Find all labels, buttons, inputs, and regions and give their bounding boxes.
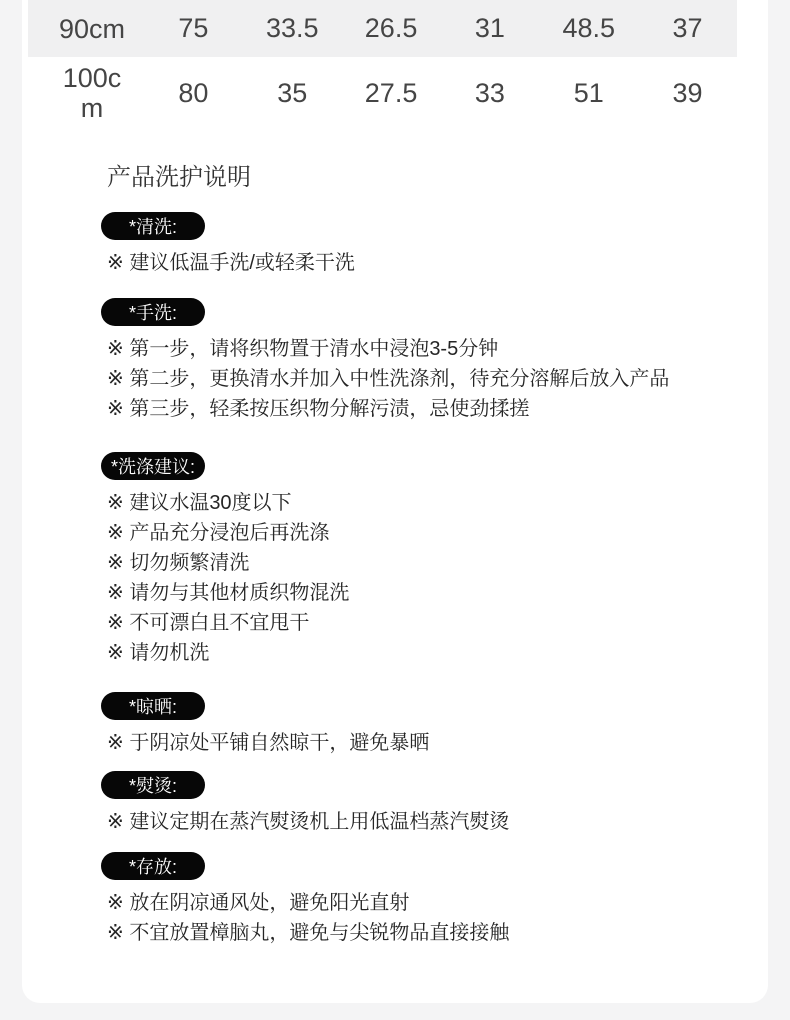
care-section-lines: ※ 建议水温30度以下 ※ 产品充分浸泡后再洗涤 ※ 切勿频繁清洗 ※ 请勿与其… xyxy=(107,488,738,668)
care-instruction-line: ※ 放在阴凉通风处，避免阳光直射 xyxy=(107,888,738,918)
size-cell: 33.5 xyxy=(243,13,342,44)
care-instructions: 产品洗护说明 *清洗: ※ 建议低温手洗/或轻柔干洗 *手洗: ※ 第一步，请将… xyxy=(22,129,768,948)
care-instruction-line: ※ 不可漂白且不宜甩干 xyxy=(107,608,738,638)
size-cell: 39 xyxy=(638,78,737,109)
care-instruction-line: ※ 建议水温30度以下 xyxy=(107,488,738,518)
size-values: 80 35 27.5 33 51 39 xyxy=(144,78,737,109)
table-row: 100cm 80 35 27.5 33 51 39 xyxy=(28,57,737,129)
size-cell: 51 xyxy=(539,78,638,109)
care-section-lines: ※ 第一步，请将织物置于清水中浸泡3-5分钟 ※ 第二步，更换清水并加入中性洗涤… xyxy=(107,334,738,424)
care-instruction-line: ※ 于阴凉处平铺自然晾干，避免暴晒 xyxy=(107,728,738,758)
care-section-lines: ※ 建议定期在蒸汽熨烫机上用低温档蒸汽熨烫 xyxy=(107,807,738,837)
care-instruction-line: ※ 第一步，请将织物置于清水中浸泡3-5分钟 xyxy=(107,334,738,364)
care-instruction-line: ※ 请勿与其他材质织物混洗 xyxy=(107,578,738,608)
care-instruction-line: ※ 切勿频繁清洗 xyxy=(107,548,738,578)
size-label: 100cm xyxy=(54,63,130,123)
care-instruction-line: ※ 第三步，轻柔按压织物分解污渍，忌使劲揉搓 xyxy=(107,394,738,424)
size-cell: 37 xyxy=(638,13,737,44)
care-instruction-line: ※ 第二步，更换清水并加入中性洗涤剂，待充分溶解后放入产品 xyxy=(107,364,738,394)
size-cell: 35 xyxy=(243,78,342,109)
size-cell: 33 xyxy=(440,78,539,109)
care-instruction-line: ※ 产品充分浸泡后再洗涤 xyxy=(107,518,738,548)
care-section-label: *洗涤建议: xyxy=(101,452,205,480)
care-section-label: *存放: xyxy=(101,852,205,880)
size-cell: 75 xyxy=(144,13,243,44)
care-section-lines: ※ 放在阴凉通风处，避免阳光直射 ※ 不宜放置樟脑丸，避免与尖锐物品直接接触 xyxy=(107,888,738,948)
care-title: 产品洗护说明 xyxy=(107,165,738,191)
care-section-lines: ※ 于阴凉处平铺自然晾干，避免暴晒 xyxy=(107,728,738,758)
table-row: 90cm 75 33.5 26.5 31 48.5 37 xyxy=(28,0,737,57)
size-cell: 26.5 xyxy=(342,13,441,44)
size-label: 90cm xyxy=(54,14,130,44)
size-cell: 80 xyxy=(144,78,243,109)
size-cell: 31 xyxy=(440,13,539,44)
product-detail-card: 90cm 75 33.5 26.5 31 48.5 37 100cm 80 35… xyxy=(22,0,768,1003)
care-section-lines: ※ 建议低温手洗/或轻柔干洗 xyxy=(107,248,738,278)
care-section-label: *熨烫: xyxy=(101,771,205,799)
size-table: 90cm 75 33.5 26.5 31 48.5 37 100cm 80 35… xyxy=(28,0,737,129)
size-values: 75 33.5 26.5 31 48.5 37 xyxy=(144,13,737,44)
size-cell: 48.5 xyxy=(539,13,638,44)
size-cell: 27.5 xyxy=(342,78,441,109)
care-section-label: *手洗: xyxy=(101,298,205,326)
care-section-label: *晾晒: xyxy=(101,692,205,720)
care-instruction-line: ※ 不宜放置樟脑丸，避免与尖锐物品直接接触 xyxy=(107,918,738,948)
care-instruction-line: ※ 请勿机洗 xyxy=(107,638,738,668)
care-instruction-line: ※ 建议低温手洗/或轻柔干洗 xyxy=(107,248,738,278)
care-instruction-line: ※ 建议定期在蒸汽熨烫机上用低温档蒸汽熨烫 xyxy=(107,807,738,837)
care-section-label: *清洗: xyxy=(101,212,205,240)
